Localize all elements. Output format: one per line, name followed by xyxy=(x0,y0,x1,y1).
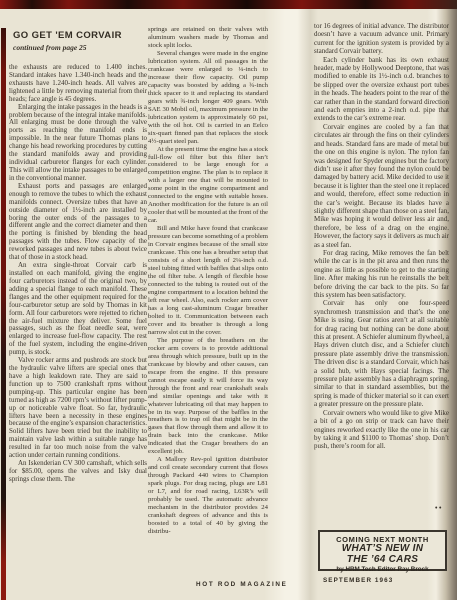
paragraph: Corvair has only one four-speed synchrom… xyxy=(314,299,449,408)
text-column-3: tor 16 degrees of initial advance. The d… xyxy=(314,22,449,514)
next-month-title-line2: THE ’64 CARS xyxy=(320,555,445,566)
paragraph: For drag racing, Mike removes the fan be… xyxy=(314,249,449,299)
article-end-mark: •• xyxy=(435,504,443,512)
paragraph: Each cylinder bank has its own exhaust h… xyxy=(314,56,449,123)
issue-date-footer: SEPTEMBER 1963 xyxy=(323,577,393,584)
paragraph: Bill and Mike have found that crankcase … xyxy=(148,225,268,337)
magazine-name-footer: HOT ROD MAGAZINE xyxy=(196,581,288,588)
paragraph: At the present time the engine has a sto… xyxy=(148,146,268,226)
paragraph: Valve rocker arms and pushrods are stock… xyxy=(9,357,147,460)
paragraph: Enlarging the intake passages in the hea… xyxy=(9,104,147,183)
coming-next-month-box: COMING NEXT MONTH WHAT’S NEW IN THE ’64 … xyxy=(318,530,447,571)
magazine-page: GO GET 'EM CORVAIR continued from page 2… xyxy=(0,0,457,600)
page-top-edge xyxy=(0,0,457,9)
page-left-edge-bar xyxy=(1,28,6,600)
article-header: GO GET 'EM CORVAIR continued from page 2… xyxy=(13,30,122,52)
paragraph: Corvair engines are cooled by a fan that… xyxy=(314,123,449,249)
paragraph: the exhausts are reduced to 1.400 inches… xyxy=(9,64,147,104)
text-column-2: springs are retained on their valves wit… xyxy=(148,26,268,536)
paragraph: Exhaust ports and passages are enlarged … xyxy=(9,183,147,262)
paragraph: Corvair owners who would like to give Mi… xyxy=(314,409,449,451)
paragraph: A Mallory Rev-pol ignition distributor a… xyxy=(148,456,268,536)
article-continued-note: continued from page 25 xyxy=(13,43,122,52)
next-month-title-line1: WHAT’S NEW IN xyxy=(320,544,445,555)
text-column-1: the exhausts are reduced to 1.400 inches… xyxy=(9,64,147,484)
next-month-byline: by HRM Tech Editor Ray Brock xyxy=(320,566,445,573)
page-gutter-highlight xyxy=(264,0,318,600)
article-title: GO GET 'EM CORVAIR xyxy=(13,30,122,41)
paragraph: The purpose of the breathers on the rock… xyxy=(148,337,268,457)
paragraph: Several changes were made in the engine … xyxy=(148,50,268,146)
paragraph: An Iskenderian CV 300 camshaft, which se… xyxy=(9,460,147,484)
paragraph: springs are retained on their valves wit… xyxy=(148,26,268,50)
paragraph: tor 16 degrees of initial advance. The d… xyxy=(314,22,449,56)
paragraph: An extra single-throat Corvair carb is i… xyxy=(9,262,147,357)
